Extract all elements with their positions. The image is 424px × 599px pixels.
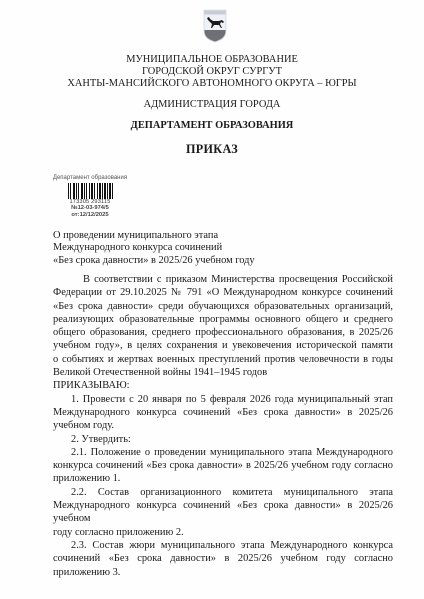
text-line: сочинений «Без срока давности» в 2025/26… xyxy=(53,552,393,565)
registration-number: №12-03-974/5 xyxy=(40,205,140,212)
text-line: 2.3. Состав жюри муниципального этапа Ме… xyxy=(53,539,393,552)
stamp-organization: Департамент образования xyxy=(40,175,140,182)
text-line: приложению 3. xyxy=(53,566,393,579)
order-item-1: 1. Провести с 20 января по 5 февраля 202… xyxy=(53,393,393,433)
text-line: Международного конкурса сочинений «Без с… xyxy=(53,499,393,526)
text-line: 2.1. Положение о проведении муниципально… xyxy=(53,446,393,459)
order-item-2: 2. Утвердить: xyxy=(53,433,393,446)
order-item-2-2: 2.2. Состав организационного комитета му… xyxy=(53,486,393,539)
registration-stamp: Департамент образования 173305 293115 №1… xyxy=(40,175,140,219)
text-line: конкурса сочинений «Без срока давности» … xyxy=(53,459,393,472)
text-line: реализующих образовательные программы ос… xyxy=(53,313,393,326)
text-line: В соответствии с приказом Министерства п… xyxy=(53,273,393,286)
text-line: «Без срока давности» среди обучающихся о… xyxy=(53,300,393,313)
text-line: общего образования, среднего профессиона… xyxy=(53,326,393,339)
order-item-2-1: 2.1. Положение о проведении муниципально… xyxy=(53,446,393,486)
order-title-line: «Без срока давности» в 2025/26 учебном г… xyxy=(53,255,255,267)
text-line: 2. Утвердить: xyxy=(53,433,393,446)
municipality-line-2: ГОРОДСКОЙ ОКРУГ СУРГУТ xyxy=(0,66,424,77)
order-body: В соответствии с приказом Министерства п… xyxy=(53,273,393,579)
text-line: о событиях и жертвах военных преступлени… xyxy=(53,353,393,366)
text-line: Великой Отечественной войны 1941–1945 го… xyxy=(53,366,393,379)
surgut-coat-of-arms-icon xyxy=(203,9,227,43)
department-heading: ДЕПАРТАМЕНТ ОБРАЗОВАНИЯ xyxy=(0,120,424,131)
text-line: учебном году. xyxy=(53,419,393,432)
order-item-2-3: 2.3. Состав жюри муниципального этапа Ме… xyxy=(53,539,393,579)
municipality-line-3: ХАНТЫ-МАНСИЙСКОГО АВТОНОМНОГО ОКРУГА – Ю… xyxy=(0,78,424,89)
registration-date: от:12/12/2025 xyxy=(40,212,140,219)
order-title-line: О проведении муниципального этапа xyxy=(53,230,255,242)
text-line: году согласно приложению 2. xyxy=(53,526,393,539)
text-line: приложению 1. xyxy=(53,472,393,485)
administration-heading: АДМИНИСТРАЦИЯ ГОРОДА xyxy=(0,99,424,110)
text-line: Федерации от 29.10.2025 № 791 «О Междуна… xyxy=(53,286,393,299)
document-type-heading: ПРИКАЗ xyxy=(0,142,424,157)
document-page: МУНИЦИПАЛЬНОЕ ОБРАЗОВАНИЕ ГОРОДСКОЙ ОКРУ… xyxy=(0,0,424,599)
barcode xyxy=(65,183,115,199)
text-line: 2.2. Состав организационного комитета му… xyxy=(53,486,393,499)
order-word: ПРИКАЗЫВАЮ: xyxy=(53,379,393,392)
preamble-paragraph: В соответствии с приказом Министерства п… xyxy=(53,273,393,379)
order-title: О проведении муниципального этапа Междун… xyxy=(53,230,255,267)
text-line: учебном году», в целях сохранения и увек… xyxy=(53,339,393,352)
order-title-line: Международного конкурса сочинений xyxy=(53,242,255,254)
text-line: Международного конкурса сочинений «Без с… xyxy=(53,406,393,419)
municipality-line-1: МУНИЦИПАЛЬНОЕ ОБРАЗОВАНИЕ xyxy=(0,54,424,65)
text-line: 1. Провести с 20 января по 5 февраля 202… xyxy=(53,393,393,406)
